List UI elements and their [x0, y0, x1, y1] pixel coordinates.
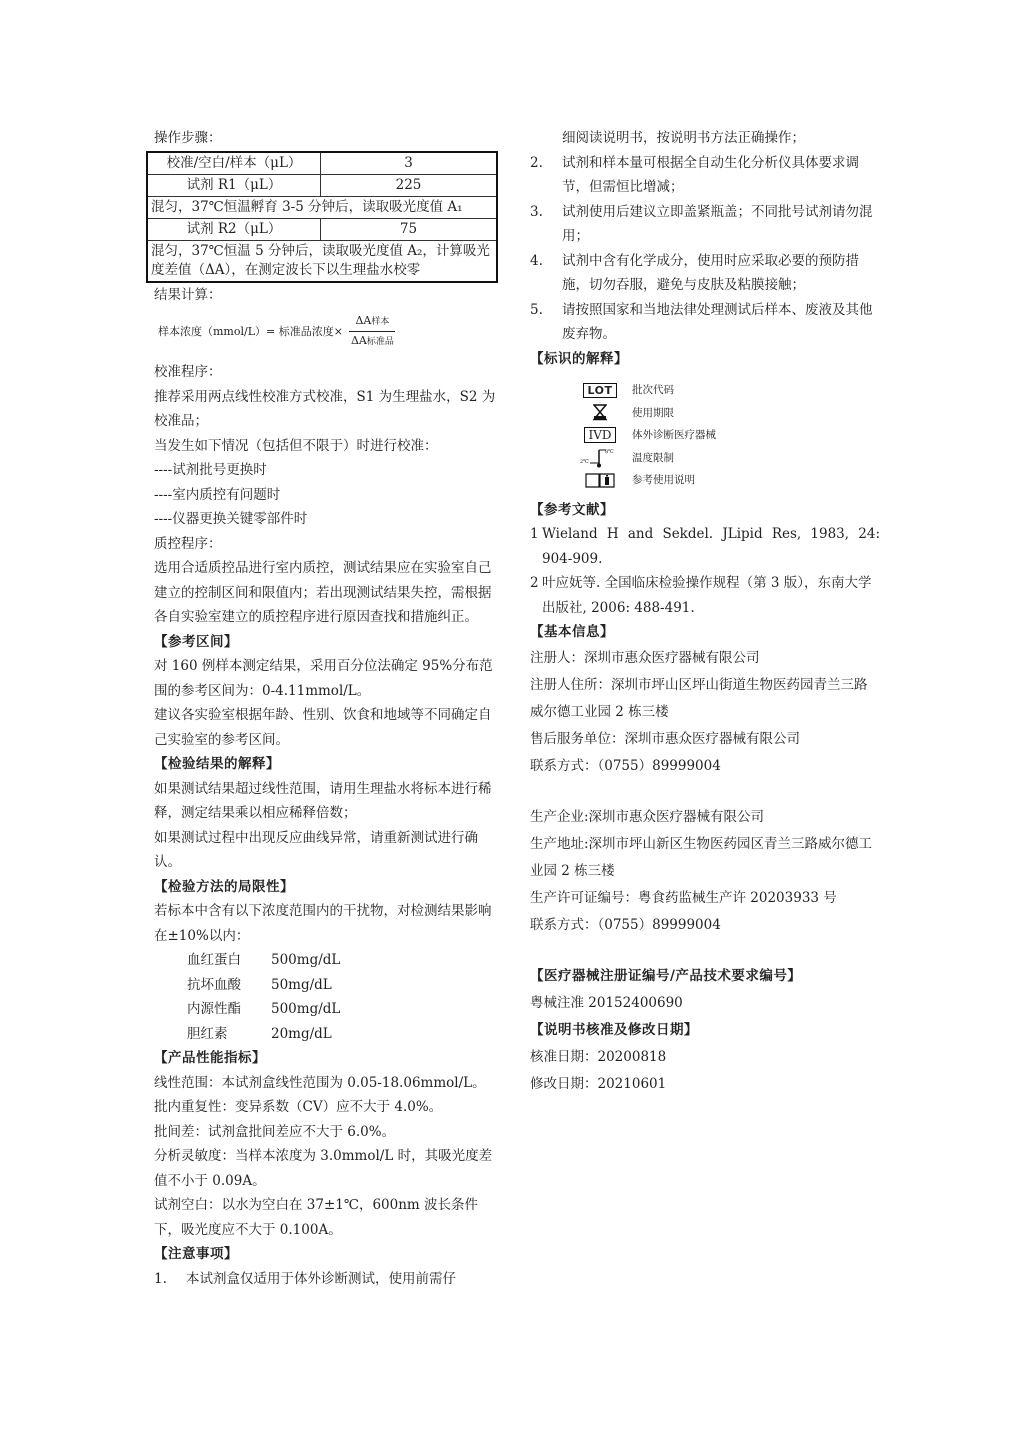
table-row: 混匀，37℃恒温 5 分钟后，读取吸光度值 A₂，计算吸光度差值（ΔA），在测定…: [147, 240, 497, 282]
interferent-value: 50mg/dL: [271, 973, 332, 998]
table-row: 混匀，37℃恒温孵育 3-5 分钟后，读取吸光度值 A₁: [147, 196, 497, 218]
list-item: 细阅读说明书，按说明书方法正确操作；: [530, 126, 880, 151]
item-text: 本试剂盒仅适用于体外诊断测试，使用前需仔: [186, 1267, 504, 1292]
lot-icon: LOT: [583, 383, 618, 398]
calibration-line: ----试剂批号更换时: [154, 458, 504, 483]
formula-numerator: ΔA样本: [349, 313, 395, 332]
list-item: 血红蛋白 500mg/dL: [154, 948, 504, 973]
interferent-name: 抗坏血酸: [187, 973, 271, 998]
reference-range-line: 对 160 例样本测定结果，采用百分位法确定 95%分布范围的参考区间为：0-4…: [154, 654, 504, 703]
table-cell-value: 75: [321, 218, 498, 240]
performance-line: 试剂空白：以水为空白在 37±1℃，600nm 波长条件下，吸光度应不大于 0.…: [154, 1193, 504, 1242]
formula-denominator: ΔA标准品: [345, 332, 400, 350]
interferent-value: 500mg/dL: [271, 948, 340, 973]
qc-text: 选用合适质控品进行室内质控，测试结果应在实验室自己建立的控制区间和限值内；若出现…: [154, 556, 504, 630]
concentration-formula: 样本浓度（mmol/L）= 标准品浓度× ΔA样本 ΔA标准品: [158, 313, 504, 350]
item-number: 4.: [530, 249, 562, 298]
item-number: 3.: [530, 200, 562, 249]
item-text: 请按照国家和当地法律处理测试后样本、废液及其他废弃物。: [562, 298, 880, 347]
hourglass-icon: [593, 404, 607, 421]
item-text: 试剂使用后建议立即盖紧瓶盖；不同批号试剂请勿混用；: [562, 200, 880, 249]
ref-number: 2: [530, 571, 542, 620]
svg-text:8℃: 8℃: [605, 449, 614, 455]
table-cell-value: 225: [321, 174, 498, 196]
basic-info-heading: 【基本信息】: [530, 620, 880, 645]
thermometer-icon: 8℃ 2℃: [578, 447, 622, 469]
table-cell-label: 试剂 R2（μL）: [147, 218, 321, 240]
calibration-line: 当发生如下情况（包括但不限于）时进行校准：: [154, 434, 504, 459]
symbol-row: IVD 体外诊断医疗器械: [568, 424, 880, 447]
performance-line: 批内重复性：变异系数（CV）应不大于 4.0%。: [154, 1095, 504, 1120]
symbol-row: 使用期限: [568, 402, 880, 425]
list-item: 胆红素 20mg/dL: [154, 1022, 504, 1047]
symbol-row: LOT 批次代码: [568, 379, 880, 402]
ref-number: 1: [530, 522, 542, 571]
contact: 联系方式：（0755）89999004: [530, 912, 880, 939]
list-item: 抗坏血酸 50mg/dL: [154, 973, 504, 998]
table-cell-note: 混匀，37℃恒温孵育 3-5 分钟后，读取吸光度值 A₁: [147, 196, 497, 218]
procedure-heading: 操作步骤：: [154, 126, 504, 151]
registrant: 注册人：深圳市惠众医疗器械有限公司: [530, 645, 880, 672]
table-cell-label: 校准/空白/样本（μL）: [147, 152, 321, 175]
interferent-value: 500mg/dL: [271, 997, 340, 1022]
table-cell-label: 试剂 R1（μL）: [147, 174, 321, 196]
list-item: 5. 请按照国家和当地法律处理测试后样本、废液及其他废弃物。: [530, 298, 880, 347]
interpretation-line: 如果测试结果超过线性范围，请用生理盐水将标本进行稀释，测定结果乘以相应稀释倍数；: [154, 777, 504, 826]
qc-heading: 质控程序：: [154, 532, 504, 557]
interferent-name: 内源性酯: [187, 997, 271, 1022]
numerator-text: ΔA: [355, 314, 371, 327]
reference-range-line: 建议各实验室根据年龄、性别、饮食和地域等不同确定自己实验室的参考区间。: [154, 703, 504, 752]
performance-line: 线性范围：本试剂盒线性范围为 0.05-18.06mmol/L。: [154, 1071, 504, 1096]
calibration-heading: 校准程序：: [154, 360, 504, 385]
limitations-intro: 若标本中含有以下浓度范围内的干扰物，对检测结果影响在±10%以内：: [154, 899, 504, 948]
symbols-legend: LOT 批次代码 使用期限 IVD 体外诊断医疗器械: [568, 379, 880, 492]
list-item: 1 Wieland H and Sekdel. JLipid Res, 1983…: [530, 522, 880, 571]
instructions-icon: [585, 472, 615, 488]
interferent-name: 胆红素: [187, 1022, 271, 1047]
formula-lhs: 样本浓度（mmol/L）= 标准品浓度×: [158, 324, 343, 339]
item-number: 2.: [530, 151, 562, 200]
item-number: 1.: [154, 1267, 186, 1292]
references-heading: 【参考文献】: [530, 498, 880, 523]
list-item: 内源性酯 500mg/dL: [154, 997, 504, 1022]
right-column: 细阅读说明书，按说明书方法正确操作； 2. 试剂和样本量可根据全自动生化分析仪具…: [530, 126, 880, 1098]
item-text: 试剂和样本量可根据全自动生化分析仪具体要求调节，但需恒比增减；: [562, 151, 880, 200]
interferent-value: 20mg/dL: [271, 1022, 332, 1047]
denominator-subscript: 标准品: [367, 337, 394, 347]
spacer: [530, 939, 880, 963]
calibration-line: 推荐采用两点线性校准方式校准，S1 为生理盐水，S2 为校准品；: [154, 385, 504, 434]
registration-number: 粤械注准 20152400690: [530, 990, 880, 1017]
performance-line: 批间差：试剂盒批间差应不大于 6.0%。: [154, 1120, 504, 1145]
result-calc-heading: 结果计算：: [154, 283, 504, 308]
symbol-row: 参考使用说明: [568, 469, 880, 492]
symbol-label: 批次代码: [632, 379, 674, 402]
limitations-heading: 【检验方法的局限性】: [154, 875, 504, 900]
list-item: 4. 试剂中含有化学成分，使用时应采取必要的预防措施，切勿吞服，避免与皮肤及粘膜…: [530, 249, 880, 298]
item-number: [530, 126, 562, 151]
item-text: 试剂中含有化学成分，使用时应采取必要的预防措施，切勿吞服，避免与皮肤及粘膜接触；: [562, 249, 880, 298]
symbol-label: 参考使用说明: [632, 469, 695, 492]
numerator-subscript: 样本: [371, 317, 389, 327]
references-list: 1 Wieland H and Sekdel. JLipid Res, 1983…: [530, 522, 880, 620]
calibration-line: ----室内质控有问题时: [154, 483, 504, 508]
table-row: 试剂 R2（μL） 75: [147, 218, 497, 240]
list-item: 2 叶应妩等. 全国临床检验操作规程（第 3 版），东南大学出版社, 2006:…: [530, 571, 880, 620]
table-row: 试剂 R1（μL） 225: [147, 174, 497, 196]
performance-heading: 【产品性能指标】: [154, 1046, 504, 1071]
denominator-text: ΔA: [351, 334, 367, 347]
list-item: 3. 试剂使用后建议立即盖紧瓶盖；不同批号试剂请勿混用；: [530, 200, 880, 249]
ref-text: Wieland H and Sekdel. JLipid Res, 1983, …: [542, 522, 880, 571]
approval-date: 核准日期：20200818: [530, 1044, 880, 1071]
list-item: 2. 试剂和样本量可根据全自动生化分析仪具体要求调节，但需恒比增减；: [530, 151, 880, 200]
formula-fraction: ΔA样本 ΔA标准品: [345, 313, 400, 350]
symbol-label: 温度限制: [632, 447, 674, 470]
production-license: 生产许可证编号：粤食药监械生产许 20203933 号: [530, 885, 880, 912]
procedure-table: 校准/空白/样本（μL） 3 试剂 R1（μL） 225 混匀，37℃恒温孵育 …: [146, 151, 498, 283]
svg-text:2℃: 2℃: [580, 459, 589, 465]
precautions-list-continued: 细阅读说明书，按说明书方法正确操作； 2. 试剂和样本量可根据全自动生化分析仪具…: [530, 126, 880, 347]
symbol-label: 体外诊断医疗器械: [632, 424, 716, 447]
registration-heading: 【医疗器械注册证编号/产品技术要求编号】: [530, 963, 880, 990]
item-number: 5.: [530, 298, 562, 347]
list-item: 1. 本试剂盒仅适用于体外诊断测试，使用前需仔: [154, 1267, 504, 1292]
dates-heading: 【说明书核准及修改日期】: [530, 1017, 880, 1044]
spacer: [530, 780, 880, 804]
item-text: 细阅读说明书，按说明书方法正确操作；: [562, 126, 880, 151]
symbol-label: 使用期限: [632, 402, 674, 425]
interpretation-heading: 【检验结果的解释】: [154, 752, 504, 777]
interpretation-line: 如果测试过程中出现反应曲线异常，请重新测试进行确认。: [154, 826, 504, 875]
calibration-line: ----仪器更换关键零部件时: [154, 507, 504, 532]
table-row: 校准/空白/样本（μL） 3: [147, 152, 497, 175]
registrant-address: 注册人住所：深圳市坪山区坪山街道生物医药园青兰三路威尔德工业园 2 栋三楼: [530, 672, 880, 726]
performance-line: 分析灵敏度：当样本浓度为 3.0mmol/L 时，其吸光度差值不小于 0.09A…: [154, 1144, 504, 1193]
symbols-heading: 【标识的解释】: [530, 347, 880, 372]
after-sales: 售后服务单位：深圳市惠众医疗器械有限公司: [530, 726, 880, 753]
revision-date: 修改日期：20210601: [530, 1071, 880, 1098]
manufacturer: 生产企业:深圳市惠众医疗器械有限公司: [530, 804, 880, 831]
production-address: 生产地址:深圳市坪山新区生物医药园区青兰三路威尔德工业园 2 栋三楼: [530, 831, 880, 885]
ref-text: 叶应妩等. 全国临床检验操作规程（第 3 版），东南大学出版社, 2006: 4…: [542, 571, 880, 620]
precautions-heading: 【注意事项】: [154, 1242, 504, 1267]
table-cell-note: 混匀，37℃恒温 5 分钟后，读取吸光度值 A₂，计算吸光度差值（ΔA），在测定…: [147, 240, 497, 282]
interferent-list: 血红蛋白 500mg/dL 抗坏血酸 50mg/dL 内源性酯 500mg/dL…: [154, 948, 504, 1046]
precautions-list: 1. 本试剂盒仅适用于体外诊断测试，使用前需仔: [154, 1267, 504, 1292]
table-cell-value: 3: [321, 152, 498, 175]
interferent-name: 血红蛋白: [187, 948, 271, 973]
left-column: 操作步骤： 校准/空白/样本（μL） 3 试剂 R1（μL） 225 混匀，37…: [154, 126, 504, 1291]
ivd-icon: IVD: [584, 427, 615, 443]
symbol-row: 8℃ 2℃ 温度限制: [568, 447, 880, 470]
contact: 联系方式：（0755）89999004: [530, 753, 880, 780]
reference-range-heading: 【参考区间】: [154, 630, 504, 655]
